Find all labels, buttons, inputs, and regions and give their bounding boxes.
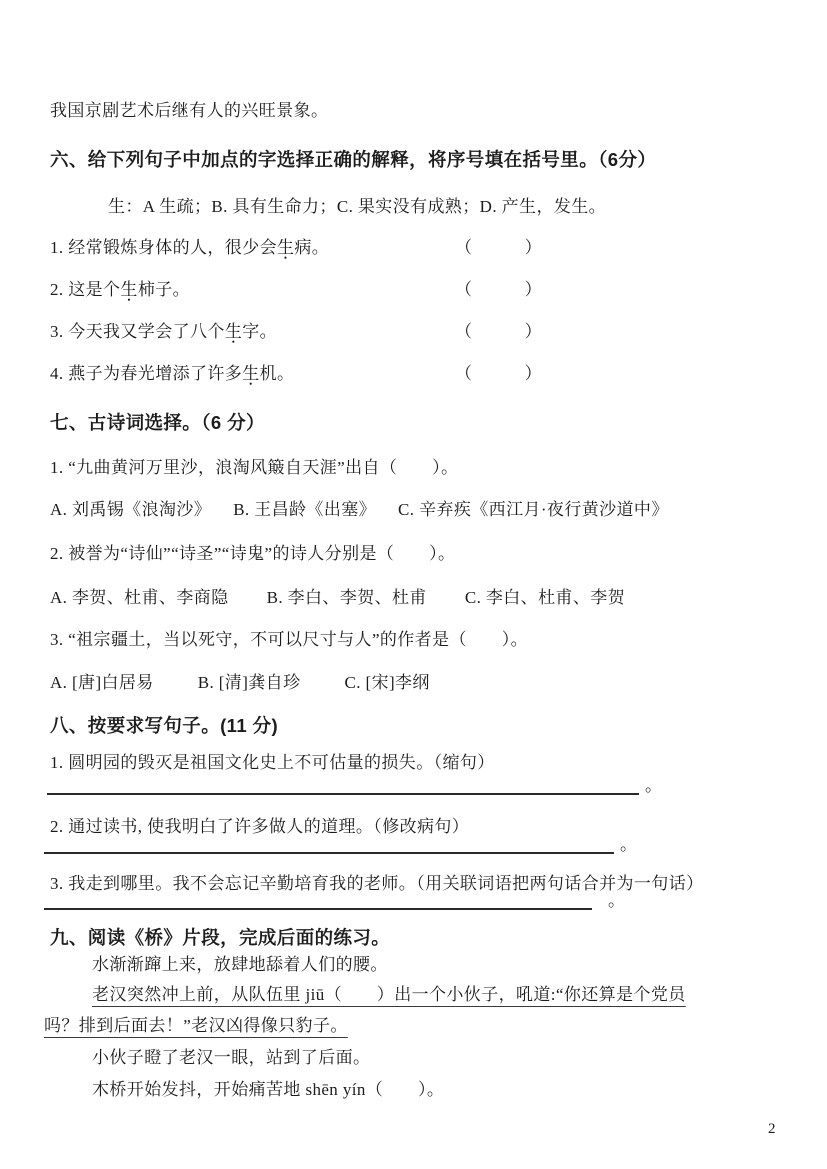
section-six-title: 六、给下列句子中加点的字选择正确的解释，将序号填在括号里。（6分） [50,148,656,171]
section-seven-title: 七、古诗词选择。（6 分） [50,411,265,434]
option-c: C. 辛弃疾《西江月·夜行黄沙道中》 [398,499,669,520]
section-eight-title: 八、按要求写句子。(11 分) [50,714,278,737]
passage-paragraph-4: 木桥开始发抖，开始痛苦地 shēn yín（ ）。 [92,1079,444,1100]
section-six-item-2: 2. 这是个生柿子。 （ ） [50,279,827,300]
passage-paragraph-3: 小伙子瞪了老汉一眼，站到了后面。 [92,1047,370,1068]
answer-blank-line[interactable] [44,890,592,910]
section-seven-q3-options: A. [唐]白居易 B. [清]龚自珍 C. [宋]李纲 [50,672,430,693]
item-text-post: 柿子。 [138,280,190,299]
item-text-pre: 3. 今天我又学会了八个 [50,322,225,341]
answer-blank-row-2: 。 [44,834,637,854]
exam-paper-page: 我国京剧艺术后继有人的兴旺景象。 六、给下列句子中加点的字选择正确的解释，将序号… [0,0,827,1169]
option-b: B. 李白、李贺、杜甫 [267,587,427,608]
section-seven-q2-options: A. 李贺、杜甫、李商隐 B. 李白、李贺、杜甫 C. 李白、杜甫、李贺 [50,587,625,608]
item-text-post: 病。 [294,238,329,257]
option-b: B. 王昌龄《出塞》 [233,499,376,520]
section-six-hint: 生：A 生疏；B. 具有生命力；C. 果实没有成熟；D. 产生，发生。 [108,196,606,217]
answer-blank-row-3: 。 [44,890,625,910]
intro-line: 我国京剧艺术后继有人的兴旺景象。 [50,100,328,121]
answer-blank-row-1: 。 [47,775,662,795]
answer-blank-line[interactable] [44,834,614,854]
option-c: C. 李白、杜甫、李贺 [465,587,625,608]
option-b: B. [清]龚自珍 [198,672,301,693]
item-text-post: 字。 [242,322,277,341]
answer-parentheses[interactable]: （ ） [455,363,542,384]
emphasized-char: 生 [242,364,259,383]
blank-trailing-period: 。 [645,777,662,795]
section-seven-q3: 3. “祖宗疆土，当以死守，不可以尺寸与人”的作者是（ ）。 [50,629,528,650]
section-seven-q1-options: A. 刘禹锡《浪淘沙》 B. 王昌龄《出塞》 C. 辛弃疾《西江月·夜行黄沙道中… [50,499,669,520]
section-nine-title: 九、阅读《桥》片段，完成后面的练习。 [50,926,390,949]
section-seven-q2: 2. 被誉为“诗仙”“诗圣”“诗鬼”的诗人分别是（ ）。 [50,543,455,564]
answer-parentheses[interactable]: （ ） [455,237,542,258]
passage-paragraph-2-line-2: 吗？排到后面去！”老汉凶得像只豹子。 [44,1015,348,1036]
section-six-item-4: 4. 燕子为春光增添了许多生机。 （ ） [50,363,827,384]
section-six-item-1: 1. 经常锻炼身体的人，很少会生病。 （ ） [50,237,827,258]
option-a: A. 刘禹锡《浪淘沙》 [50,499,211,520]
page-number: 2 [768,1120,776,1139]
passage-paragraph-1: 水渐渐蹿上来，放肆地舔着人们的腰。 [92,954,388,975]
blank-trailing-period: 。 [608,892,625,910]
section-six-item-3: 3. 今天我又学会了八个生字。 （ ） [50,321,827,342]
blank-trailing-period: 。 [620,836,637,854]
item-text-pre: 2. 这是个 [50,280,120,299]
item-text-post: 机。 [260,364,295,383]
answer-blank-line[interactable] [47,775,639,795]
option-a: A. 李贺、杜甫、李商隐 [50,587,229,608]
option-a: A. [唐]白居易 [50,672,154,693]
emphasized-char: 生 [225,322,242,341]
item-text-pre: 1. 经常锻炼身体的人，很少会 [50,238,277,257]
passage-paragraph-2-line-1: 老汉突然冲上前，从队伍里 jiū（ ）出一个小伙子，吼道:“你还算是个党员 [92,984,686,1005]
section-eight-item-1: 1. 圆明园的毁灭是祖国文化史上不可估量的损失。（缩句） [50,752,495,773]
emphasized-char: 生 [120,280,137,299]
answer-parentheses[interactable]: （ ） [455,279,542,300]
option-c: C. [宋]李纲 [344,672,429,693]
item-text-pre: 4. 燕子为春光增添了许多 [50,364,242,383]
answer-parentheses[interactable]: （ ） [455,321,542,342]
section-seven-q1: 1. “九曲黄河万里沙，浪淘风簸自天涯”出自（ ）。 [50,457,458,478]
emphasized-char: 生 [277,238,294,257]
